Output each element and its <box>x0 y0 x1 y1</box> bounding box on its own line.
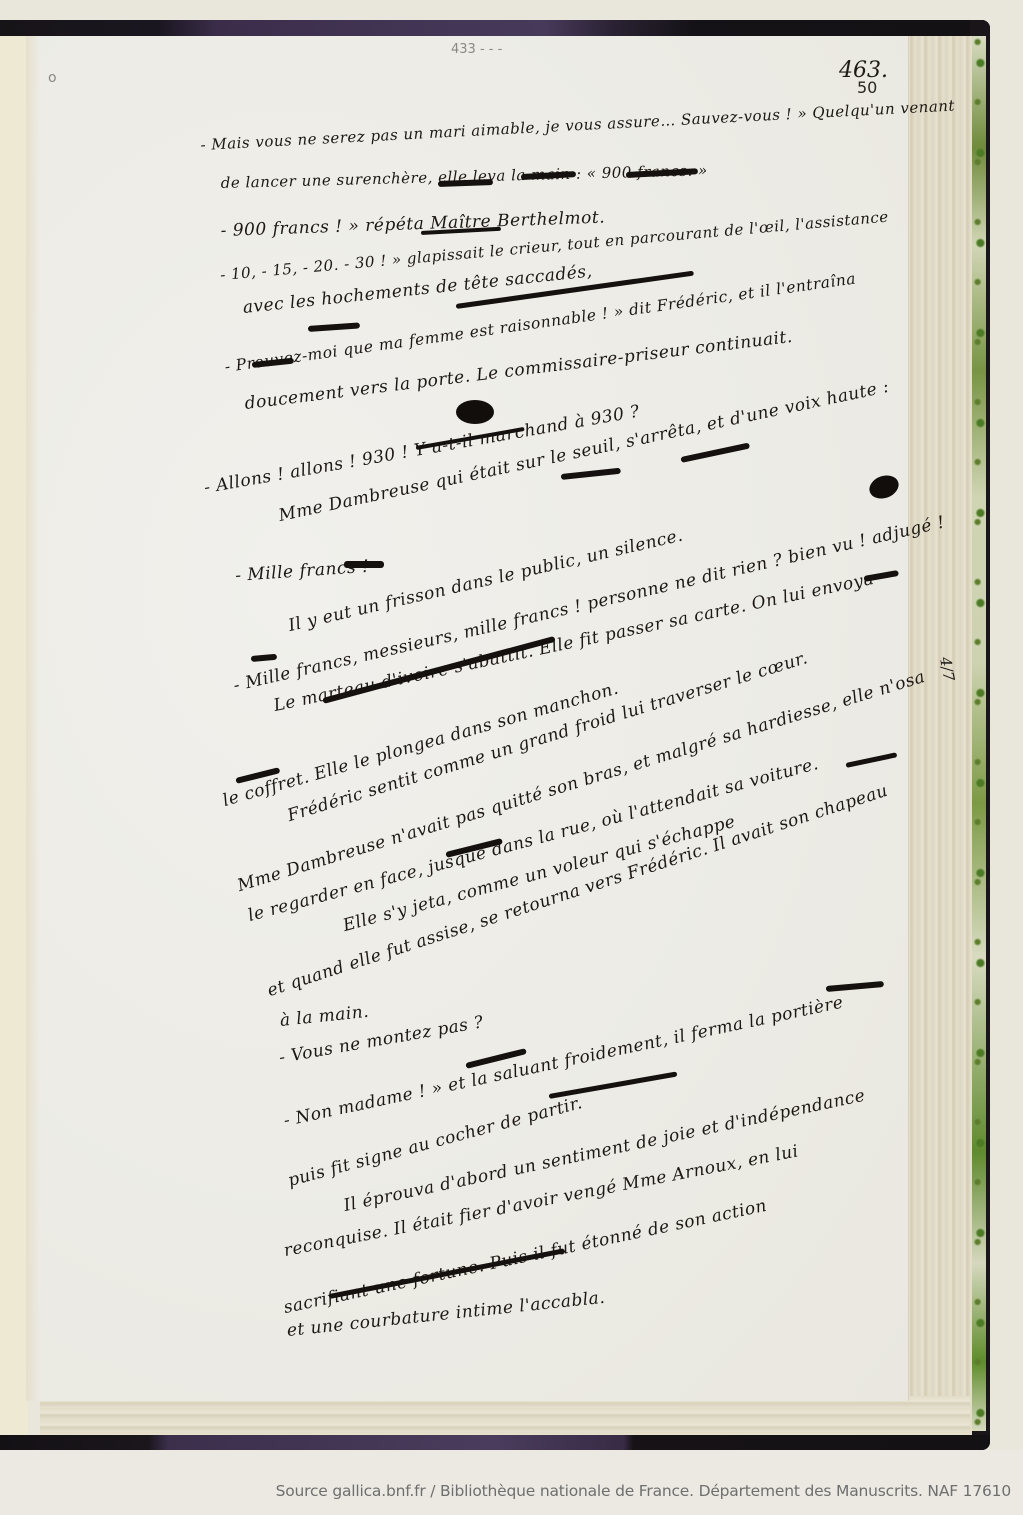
ink-strikethrough <box>549 1071 678 1098</box>
manuscript-line: - Mais vous ne serez pas un mari aimable… <box>200 96 955 154</box>
ink-blot <box>456 400 494 424</box>
ink-blot <box>866 472 902 503</box>
manuscript-scan: 4/7 433 - - - o 463. 50 - Mais vous ne s… <box>0 0 1023 1450</box>
binding-cover-bottom <box>0 1435 990 1450</box>
ink-strikethrough <box>845 752 897 768</box>
manuscript-line: doucement vers la porte. Le commissaire-… <box>244 327 794 414</box>
binding-cover-top <box>0 20 990 36</box>
page-stack-right <box>905 36 972 1436</box>
marbled-edge <box>972 36 986 1431</box>
ink-strikethrough <box>438 179 493 187</box>
ink-strikethrough <box>561 468 621 480</box>
ink-strikethrough <box>826 981 884 992</box>
ink-strikethrough <box>680 443 750 463</box>
ink-strikethrough <box>251 654 277 662</box>
facing-leaf-edge <box>0 36 28 1436</box>
source-caption: Source gallica.bnf.fr / Bibliothèque nat… <box>276 1482 1011 1500</box>
manuscript-line: à la main. <box>279 1002 370 1031</box>
manuscript-page: 433 - - - o 463. 50 - Mais vous ne serez… <box>26 36 908 1401</box>
ink-strikethrough <box>308 322 360 332</box>
ink-strikethrough <box>344 561 384 568</box>
pencil-mark-left: o <box>48 70 57 86</box>
pencil-catalog-number: 433 - - - <box>451 42 502 57</box>
manuscript-line: - 900 francs ! » répéta Maître Berthelmo… <box>220 208 605 241</box>
page-stack-bottom <box>40 1396 970 1436</box>
folio-stamp: 50 <box>857 78 877 97</box>
ink-strikethrough <box>329 1248 566 1299</box>
